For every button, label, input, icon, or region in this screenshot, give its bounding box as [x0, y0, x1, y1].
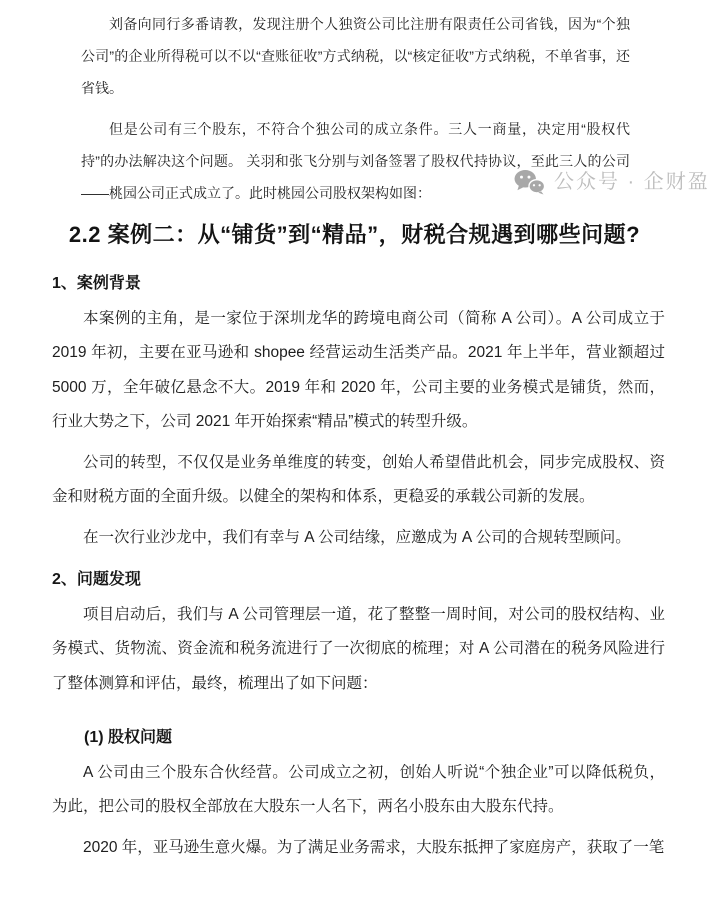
body-paragraph: 本案例的主角，是一家位于深圳龙华的跨境电商公司（简称 A 公司）。A 公司成立于…: [52, 302, 665, 440]
intro-paragraph: 刘备向同行多番请教，发现注册个人独资公司比注册有限责任公司省钱，因为“个独公司”…: [81, 8, 630, 104]
document-page: 刘备向同行多番请教，发现注册个人独资公司比注册有限责任公司省钱，因为“个独公司”…: [0, 0, 709, 898]
body-paragraph: 项目启动后，我们与 A 公司管理层一道，花了整整一周时间，对公司的股权结构、业务…: [52, 598, 665, 702]
body-paragraph: 在一次行业沙龙中，我们有幸与 A 公司结缘，应邀成为 A 公司的合规转型顾问。: [52, 521, 665, 556]
subsection-title-equity-problem: (1) 股权问题: [52, 721, 665, 756]
body-paragraph: A 公司由三个股东合伙经营。公司成立之初，创始人听说“个独企业”可以降低税负，为…: [52, 756, 665, 825]
body-paragraph: 2020 年，亚马逊生意火爆。为了满足业务需求，大股东抵押了家庭房产，获取了一笔: [52, 831, 665, 866]
body-paragraph: 公司的转型，不仅仅是业务单维度的转变，创始人希望借此机会，同步完成股权、资金和财…: [52, 446, 665, 515]
section-title-problem-discovery: 2、问题发现: [52, 563, 665, 598]
intro-block: 刘备向同行多番请教，发现注册个人独资公司比注册有限责任公司省钱，因为“个独公司”…: [81, 8, 630, 209]
intro-paragraph: 但是公司有三个股东，不符合个独公司的成立条件。三人一商量，决定用“股权代持”的办…: [81, 113, 630, 209]
chapter-heading: 2.2 案例二：从“铺货”到“精品”，财税合规遇到哪些问题?: [28, 219, 681, 251]
article-body: 1、案例背景 本案例的主角，是一家位于深圳龙华的跨境电商公司（简称 A 公司）。…: [52, 267, 665, 865]
section-title-case-background: 1、案例背景: [52, 267, 665, 302]
